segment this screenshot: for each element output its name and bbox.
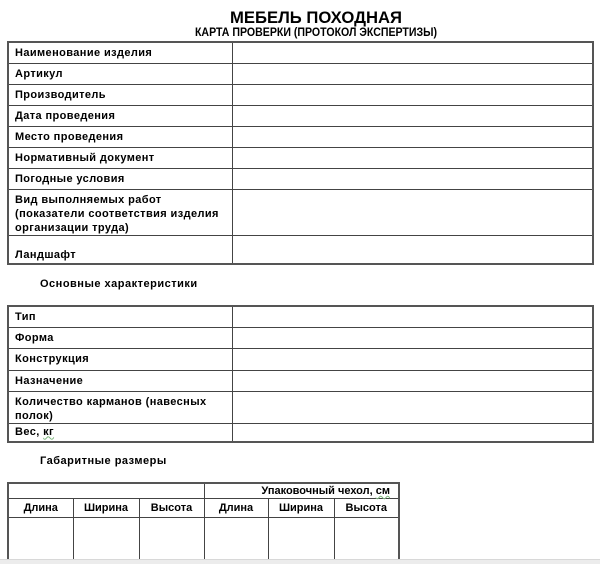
column-header-height: Высота xyxy=(139,499,204,518)
row-label-place: Место проведения xyxy=(8,126,232,147)
characteristics-table: Тип Форма Конструкция Назначение Количес… xyxy=(7,305,594,443)
packaging-cover-unit: см xyxy=(376,485,390,497)
row-label-construction: Конструкция xyxy=(8,348,232,370)
purpose-field[interactable] xyxy=(232,370,593,391)
packaging-cover-label: Упаковочный чехол, xyxy=(261,485,375,497)
horizontal-scrollbar[interactable] xyxy=(0,559,600,564)
weight-unit: кг xyxy=(43,426,54,438)
table-row: Назначение xyxy=(8,370,593,391)
table-row: Погодные условия xyxy=(8,168,593,189)
row-label-shape: Форма xyxy=(8,327,232,348)
normative-document-field[interactable] xyxy=(232,147,593,168)
construction-field[interactable] xyxy=(232,348,593,370)
column-header-cover-length: Длина xyxy=(204,499,268,518)
height-field[interactable] xyxy=(139,518,204,561)
column-header-cover-width: Ширина xyxy=(268,499,334,518)
weather-field[interactable] xyxy=(232,168,593,189)
document-title: МЕБЕЛЬ ПОХОДНАЯ xyxy=(6,8,600,28)
row-label-date: Дата проведения xyxy=(8,105,232,126)
weight-field[interactable] xyxy=(232,423,593,442)
column-header-length: Длина xyxy=(8,499,73,518)
dimensions-heading: Габаритные размеры xyxy=(40,455,167,467)
table-row: Вид выполняемых работ (показатели соотве… xyxy=(8,189,593,235)
product-dimensions-group-header xyxy=(8,483,204,499)
row-label-article: Артикул xyxy=(8,63,232,84)
pockets-count-field[interactable] xyxy=(232,391,593,423)
table-row: Нормативный документ xyxy=(8,147,593,168)
column-header-width: Ширина xyxy=(73,499,139,518)
shape-field[interactable] xyxy=(232,327,593,348)
dimensions-table: Упаковочный чехол, см Длина Ширина Высот… xyxy=(7,482,400,562)
table-row: Артикул xyxy=(8,63,593,84)
document-subtitle: КАРТА ПРОВЕРКИ (ПРОТОКОЛ ЭКСПЕРТИЗЫ) xyxy=(25,27,600,39)
row-label-weight: Вес, кг xyxy=(8,423,232,442)
row-label-work-type: Вид выполняемых работ (показатели соотве… xyxy=(8,189,232,235)
cover-length-field[interactable] xyxy=(204,518,268,561)
table-row: Вес, кг xyxy=(8,423,593,442)
row-label-type: Тип xyxy=(8,306,232,327)
cover-width-field[interactable] xyxy=(268,518,334,561)
row-label-purpose: Назначение xyxy=(8,370,232,391)
table-row: Форма xyxy=(8,327,593,348)
landscape-field[interactable] xyxy=(232,235,593,264)
table-row: Количество карманов (навесных полок) xyxy=(8,391,593,423)
table-row: Дата проведения xyxy=(8,105,593,126)
row-label-pockets-count: Количество карманов (навесных полок) xyxy=(8,391,232,423)
row-label-normative-document: Нормативный документ xyxy=(8,147,232,168)
row-label-manufacturer: Производитель xyxy=(8,84,232,105)
characteristics-heading: Основные характеристики xyxy=(40,278,198,290)
table-row: Конструкция xyxy=(8,348,593,370)
cover-height-field[interactable] xyxy=(334,518,399,561)
table-row: Производитель xyxy=(8,84,593,105)
table-row: Тип xyxy=(8,306,593,327)
table-row: Длина Ширина Высота Длина Ширина Высота xyxy=(8,499,399,518)
row-label-product-name: Наименование изделия xyxy=(8,42,232,63)
table-row xyxy=(8,518,399,561)
packaging-cover-group-header: Упаковочный чехол, см xyxy=(204,483,399,499)
weight-label-text: Вес, xyxy=(15,426,43,438)
general-info-table: Наименование изделия Артикул Производите… xyxy=(7,41,594,265)
work-type-field[interactable] xyxy=(232,189,593,235)
column-header-cover-height: Высота xyxy=(334,499,399,518)
width-field[interactable] xyxy=(73,518,139,561)
table-row: Ландшафт xyxy=(8,235,593,264)
article-field[interactable] xyxy=(232,63,593,84)
table-row: Наименование изделия xyxy=(8,42,593,63)
place-field[interactable] xyxy=(232,126,593,147)
table-row: Упаковочный чехол, см xyxy=(8,483,399,499)
row-label-weather: Погодные условия xyxy=(8,168,232,189)
row-label-landscape: Ландшафт xyxy=(8,235,232,264)
table-row: Место проведения xyxy=(8,126,593,147)
manufacturer-field[interactable] xyxy=(232,84,593,105)
date-field[interactable] xyxy=(232,105,593,126)
type-field[interactable] xyxy=(232,306,593,327)
product-name-field[interactable] xyxy=(232,42,593,63)
length-field[interactable] xyxy=(8,518,73,561)
